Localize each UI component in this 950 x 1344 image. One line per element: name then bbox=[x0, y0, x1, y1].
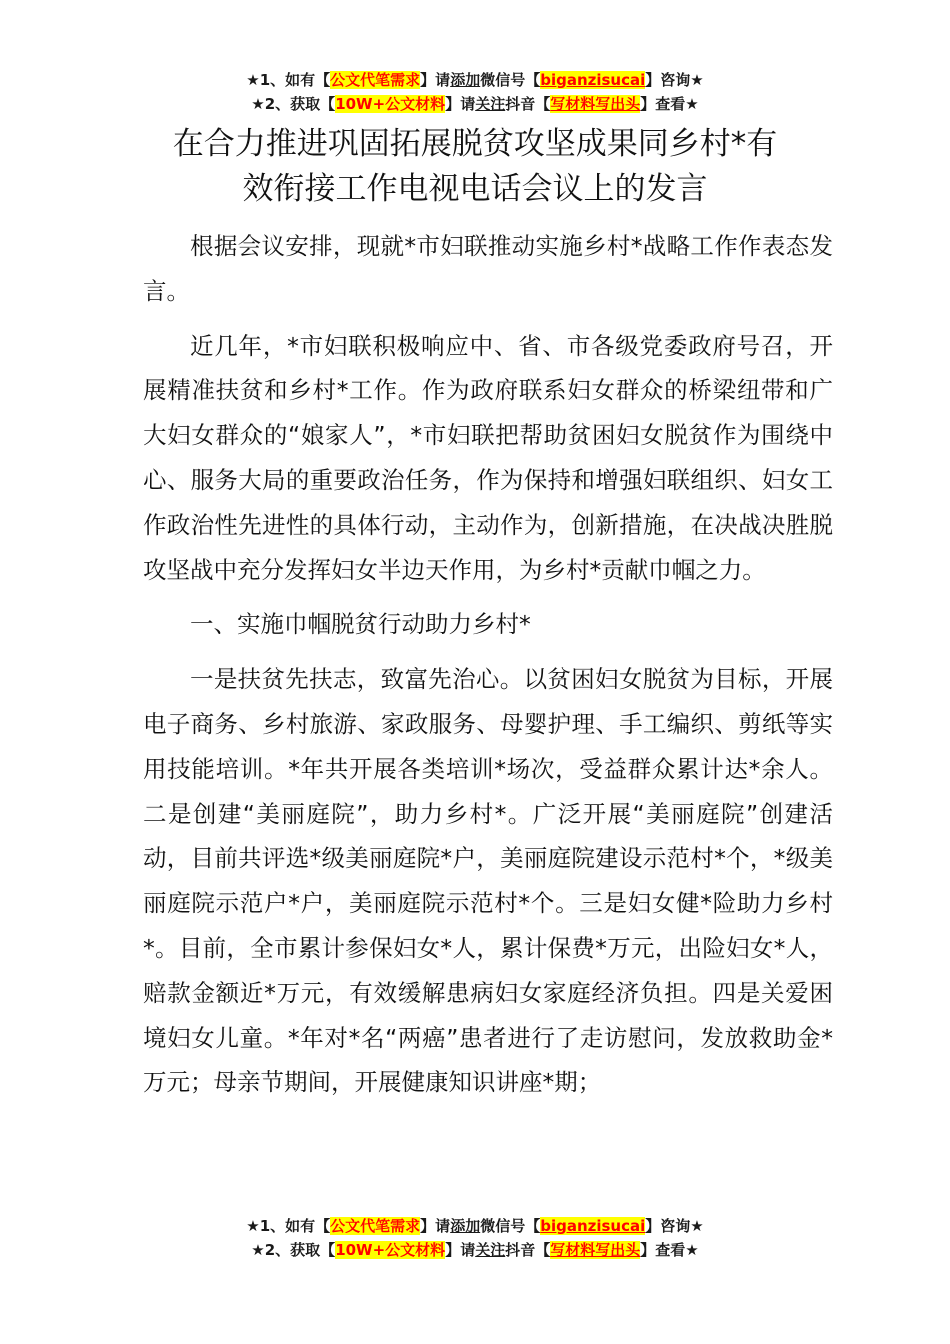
banner-line-2: ★2、获取【10W+公文材料】请关注抖音【写材料写出头】查看★ bbox=[0, 92, 950, 116]
highlight-materials: 10W+公文材料 bbox=[335, 1241, 445, 1259]
highlight-service: 公文代笔需求 bbox=[330, 71, 420, 89]
banner-text: ★1、如有【 bbox=[246, 1217, 330, 1235]
banner-text: 微信号【 bbox=[480, 1217, 540, 1235]
banner-text: 】请 bbox=[445, 95, 475, 113]
banner-text: 】咨询★ bbox=[645, 1217, 703, 1235]
banner-line-1: ★1、如有【公文代笔需求】请添加微信号【biganzisucai】咨询★ bbox=[0, 68, 950, 92]
highlight-douyin-account: 写材料写出头 bbox=[550, 1241, 640, 1259]
underlined-text: 关注 bbox=[475, 95, 505, 113]
document-body: 根据会议安排，现就*市妇联推动实施乡村*战略工作作表态发言。 近几年，*市妇联积… bbox=[143, 224, 833, 1115]
footer-banner: ★1、如有【公文代笔需求】请添加微信号【biganzisucai】咨询★ ★2、… bbox=[0, 1214, 950, 1262]
banner-text: 微信号【 bbox=[480, 71, 540, 89]
banner-text: ★2、获取【 bbox=[251, 95, 335, 113]
banner-text: 】请 bbox=[420, 71, 450, 89]
banner-line-2: ★2、获取【10W+公文材料】请关注抖音【写材料写出头】查看★ bbox=[0, 1238, 950, 1262]
paragraph-background: 近几年，*市妇联积极响应中、省、市各级党委政府号召，开展精准扶贫和乡村*工作。作… bbox=[143, 324, 833, 593]
section-heading: 一、实施巾帼脱贫行动助力乡村* bbox=[143, 602, 833, 647]
underlined-text: 添加 bbox=[450, 71, 480, 89]
title-line-1: 在合力推进巩固拓展脱贫攻坚成果同乡村*有 bbox=[120, 122, 830, 167]
paragraph-intro: 根据会议安排，现就*市妇联推动实施乡村*战略工作作表态发言。 bbox=[143, 224, 833, 314]
underlined-text: 关注 bbox=[475, 1241, 505, 1259]
banner-text: 】查看★ bbox=[640, 95, 698, 113]
highlight-wechat-id: biganzisucai bbox=[540, 1217, 645, 1235]
banner-text: 抖音【 bbox=[505, 95, 550, 113]
document-title: 在合力推进巩固拓展脱贫攻坚成果同乡村*有 效衔接工作电视电话会议上的发言 bbox=[120, 122, 830, 212]
highlight-service: 公文代笔需求 bbox=[330, 1217, 420, 1235]
highlight-materials: 10W+公文材料 bbox=[335, 95, 445, 113]
banner-text: 抖音【 bbox=[505, 1241, 550, 1259]
banner-text: 】请 bbox=[420, 1217, 450, 1235]
underlined-text: 添加 bbox=[450, 1217, 480, 1235]
banner-text: 】请 bbox=[445, 1241, 475, 1259]
highlight-douyin-account: 写材料写出头 bbox=[550, 95, 640, 113]
paragraph-measures: 一是扶贫先扶志，致富先治心。以贫困妇女脱贫为目标，开展电子商务、乡村旅游、家政服… bbox=[143, 657, 833, 1105]
banner-text: ★1、如有【 bbox=[246, 71, 330, 89]
banner-line-1: ★1、如有【公文代笔需求】请添加微信号【biganzisucai】咨询★ bbox=[0, 1214, 950, 1238]
title-line-2: 效衔接工作电视电话会议上的发言 bbox=[120, 167, 830, 212]
banner-text: ★2、获取【 bbox=[251, 1241, 335, 1259]
highlight-wechat-id: biganzisucai bbox=[540, 71, 645, 89]
banner-text: 】查看★ bbox=[640, 1241, 698, 1259]
header-banner: ★1、如有【公文代笔需求】请添加微信号【biganzisucai】咨询★ ★2、… bbox=[0, 68, 950, 116]
banner-text: 】咨询★ bbox=[645, 71, 703, 89]
